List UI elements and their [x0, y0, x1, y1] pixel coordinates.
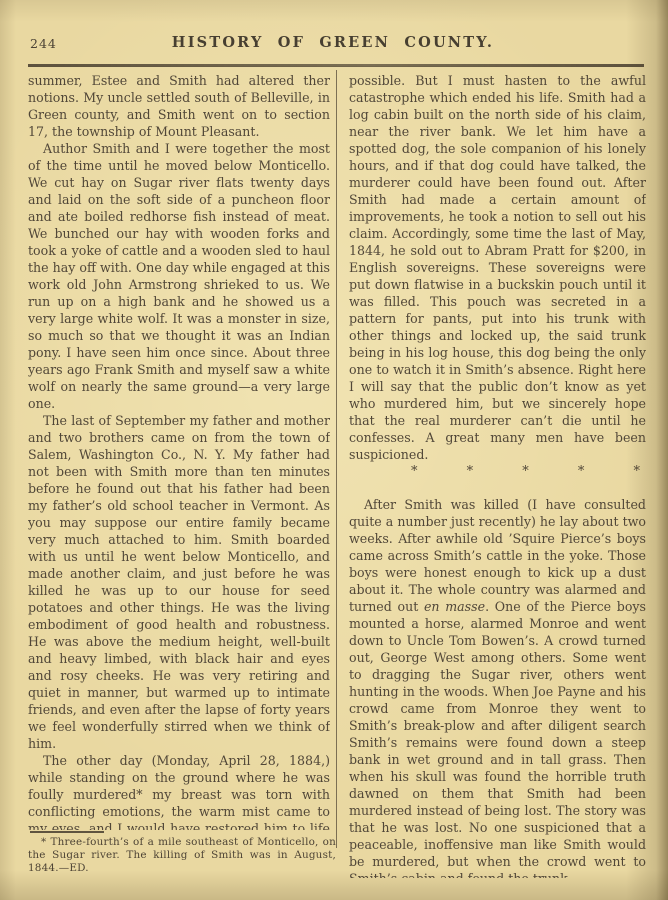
- asterisk: *: [634, 463, 641, 480]
- asterisk: *: [467, 463, 474, 480]
- left-column: summer, Estee and Smith had altered ther…: [28, 72, 330, 830]
- asterisk: *: [522, 463, 529, 480]
- page-header: 244 HISTORY OF GREEN COUNTY.: [28, 32, 638, 56]
- footnote-text: * Three-fourth’s of a mile southeast of …: [28, 836, 336, 875]
- paragraph: possible. But I must hasten to the awful…: [349, 72, 646, 463]
- column-divider: [336, 70, 337, 848]
- book-page: 244 HISTORY OF GREEN COUNTY. summer, Est…: [0, 0, 668, 900]
- header-rule: [28, 64, 644, 67]
- asterisk: *: [578, 463, 585, 480]
- footnote: * Three-fourth’s of a mile southeast of …: [28, 831, 336, 875]
- paragraph: The other day (Monday, April 28, 1884,) …: [28, 752, 330, 830]
- page-title: HISTORY OF GREEN COUNTY.: [28, 34, 638, 51]
- right-column: possible. But I must hasten to the awful…: [349, 72, 646, 878]
- asterisk: *: [411, 463, 418, 480]
- paragraph: Author Smith and I were together the mos…: [28, 140, 330, 412]
- footnote-rule: [30, 831, 104, 833]
- asterisk-separator: *****: [349, 463, 646, 480]
- paragraph: The last of September my father and moth…: [28, 412, 330, 752]
- paragraph: summer, Estee and Smith had altered ther…: [28, 72, 330, 140]
- paragraph: After Smith was killed (I have consulted…: [349, 496, 646, 878]
